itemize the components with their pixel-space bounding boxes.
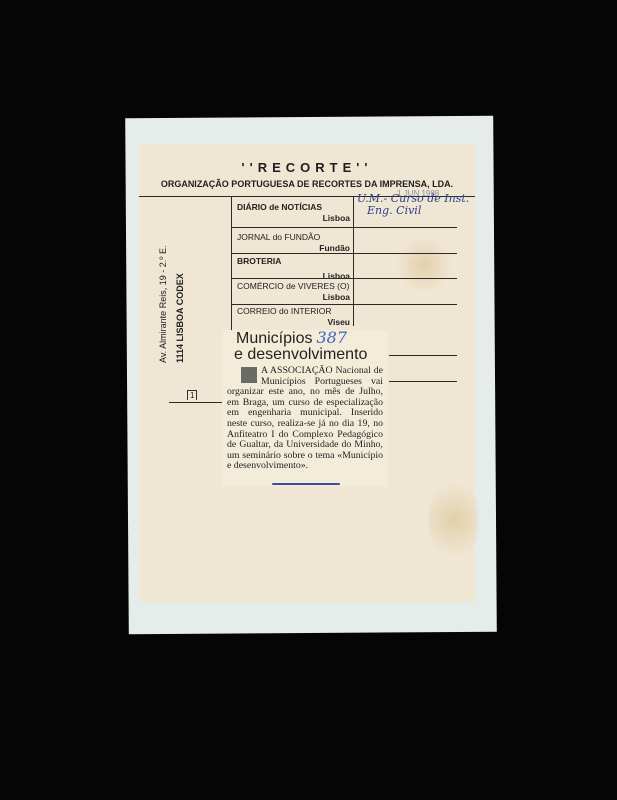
page-number-box: 1 [187,390,197,400]
address-line-2: 1114 LISBOA CODEX [172,245,189,363]
clipping-body: A ASSOCIAÇÃO Nacional de Municípios Port… [227,366,383,472]
agency-subtitle: ORGANIZAÇÃO PORTUGUESA DE RECORTES DA IM… [139,179,475,189]
agency-title: ''RECORTE'' [139,160,475,175]
publication-row: COMÉRCIO de VIVERES (O) Lisboa [234,281,352,302]
publication-row: DIÁRIO de NOTÍCIAS Lisboa [234,202,352,223]
column-divider [353,196,354,326]
drop-cap-block [241,367,257,383]
address-line-1: Av. Almirante Reis, 19 - 2.º E. [155,245,172,363]
paper-stain [429,475,479,565]
publication-row: JORNAL do FUNDÃO Fundão [234,232,352,253]
paper-stain [394,240,454,290]
row-rule [231,304,457,305]
handwritten-number: 387 [316,328,347,347]
row-rule [231,253,457,254]
newspaper-clipping: Municípios387 e desenvolvimento A ASSOCI… [222,330,388,487]
row-rule [231,227,457,228]
agency-address: Av. Almirante Reis, 19 - 2.º E. 1114 LIS… [155,245,189,363]
row-rule [231,278,457,279]
clipping-headline: Municípios387 e desenvolvimento [234,330,367,363]
pen-underline [272,483,340,485]
row-rule [389,355,457,356]
row-rule [389,381,457,382]
handwritten-note: U.M.- Curso de Inst. Eng. Civil [357,193,469,217]
publication-row: CORREIO do INTERIOR Viseu [234,306,352,327]
